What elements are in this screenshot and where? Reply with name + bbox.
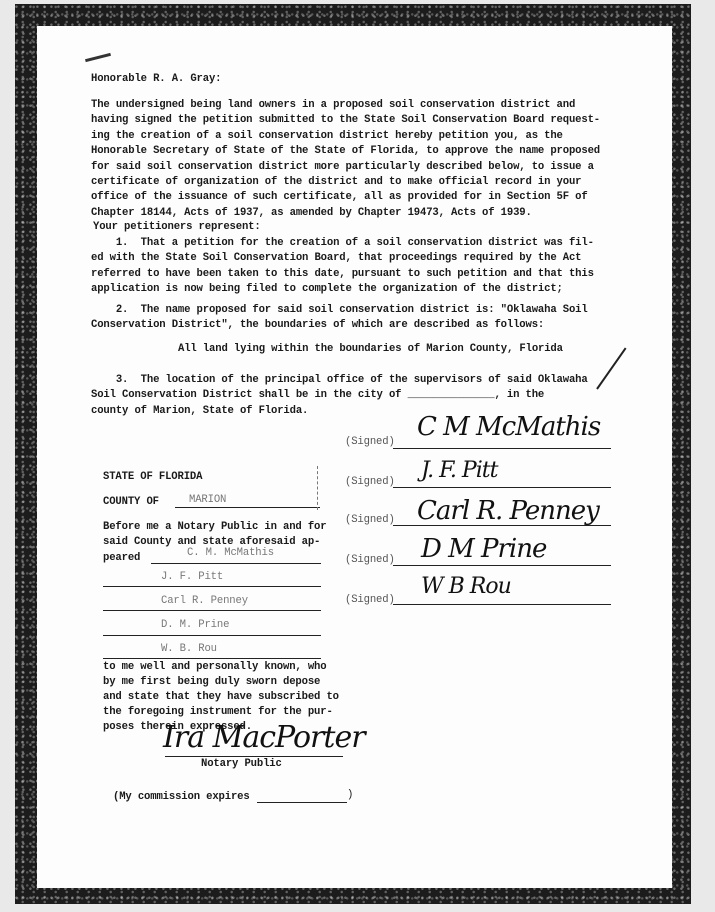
notary-line: to me well and personally known, who: [103, 660, 339, 675]
notary-title: Notary Public: [201, 757, 282, 772]
county-label: COUNTY OF: [103, 495, 159, 510]
intro-line: having signed the petition submitted to …: [91, 113, 600, 128]
stray-mark: [85, 53, 111, 62]
signature-1: C M McMathis: [417, 412, 600, 442]
commission-line: [257, 802, 347, 803]
appeared-name: D. M. Prine: [161, 618, 229, 633]
signature-5: W B Rou: [421, 574, 511, 599]
intro-line: The undersigned being land owners in a p…: [91, 98, 600, 113]
appeared-name: C. M. McMathis: [187, 546, 274, 561]
item-2-line: 2. The name proposed for said soil conse…: [91, 303, 588, 318]
signed-label: (Signed): [345, 435, 395, 450]
commission-paren: ): [347, 788, 353, 803]
notary-line: Before me a Notary Public in and for: [103, 520, 326, 535]
signature-4: D M Prine: [421, 534, 546, 564]
item-1-line: 1. That a petition for the creation of a…: [91, 236, 594, 251]
item-1-line: application is now being filed to comple…: [91, 282, 594, 297]
salutation: Honorable R. A. Gray:: [91, 72, 221, 87]
represent-heading: Your petitioners represent:: [93, 220, 261, 235]
signed-label: (Signed): [345, 475, 395, 490]
appeared-line: [103, 610, 321, 611]
signature-3: Carl R. Penney: [417, 496, 599, 526]
signature-line: [393, 448, 611, 449]
signature-flourish: [596, 347, 626, 389]
item-1-line: referred to have been taken to this date…: [91, 267, 594, 282]
intro-line: office of the issuance of such certifica…: [91, 190, 600, 205]
signature-line: [393, 604, 611, 605]
county-value: MARION: [189, 493, 226, 508]
item-1: 1. That a petition for the creation of a…: [91, 236, 594, 298]
signed-label: (Signed): [345, 593, 395, 608]
item-3-line: 3. The location of the principal office …: [91, 373, 588, 388]
signature-line: [393, 487, 611, 488]
appeared-line: [151, 563, 321, 564]
appeared-name: Carl R. Penney: [161, 594, 248, 609]
signed-label: (Signed): [345, 513, 395, 528]
state-label: STATE OF FLORIDA: [103, 470, 202, 485]
intro-line: Honorable Secretary of State of the Stat…: [91, 144, 600, 159]
appeared-name: W. B. Rou: [161, 642, 217, 657]
item-2-line: Conservation District", the boundaries o…: [91, 318, 588, 333]
commission-label: (My commission expires: [113, 790, 250, 805]
appeared-line: [103, 658, 321, 659]
appeared-line: [103, 586, 321, 587]
notary-signature: Ira MacPorter: [163, 720, 365, 755]
intro-line: for said soil conservation district more…: [91, 160, 600, 175]
intro-line: ing the creation of a soil conservation …: [91, 129, 600, 144]
signature-2: J. F. Pitt: [421, 458, 497, 483]
item-3-line: Soil Conservation District shall be in t…: [91, 388, 588, 403]
intro-line: Chapter 18144, Acts of 1937, as amended …: [91, 206, 600, 221]
appeared-name: J. F. Pitt: [161, 570, 223, 585]
notary-line: the foregoing instrument for the pur-: [103, 705, 339, 720]
appeared-line: [103, 635, 321, 636]
signature-line: [393, 565, 611, 566]
brace: [313, 466, 318, 510]
item-1-line: ed with the State Soil Conservation Boar…: [91, 251, 594, 266]
boundary-description: All land lying within the boundaries of …: [178, 342, 563, 357]
notary-line: and state that they have subscribed to: [103, 690, 339, 705]
intro-line: certificate of organization of the distr…: [91, 175, 600, 190]
signed-label: (Signed): [345, 553, 395, 568]
document-page: Honorable R. A. Gray: The undersigned be…: [37, 26, 672, 888]
item-2: 2. The name proposed for said soil conse…: [91, 303, 588, 334]
notary-line: by me first being duly sworn depose: [103, 675, 339, 690]
intro-paragraph: The undersigned being land owners in a p…: [91, 98, 600, 221]
